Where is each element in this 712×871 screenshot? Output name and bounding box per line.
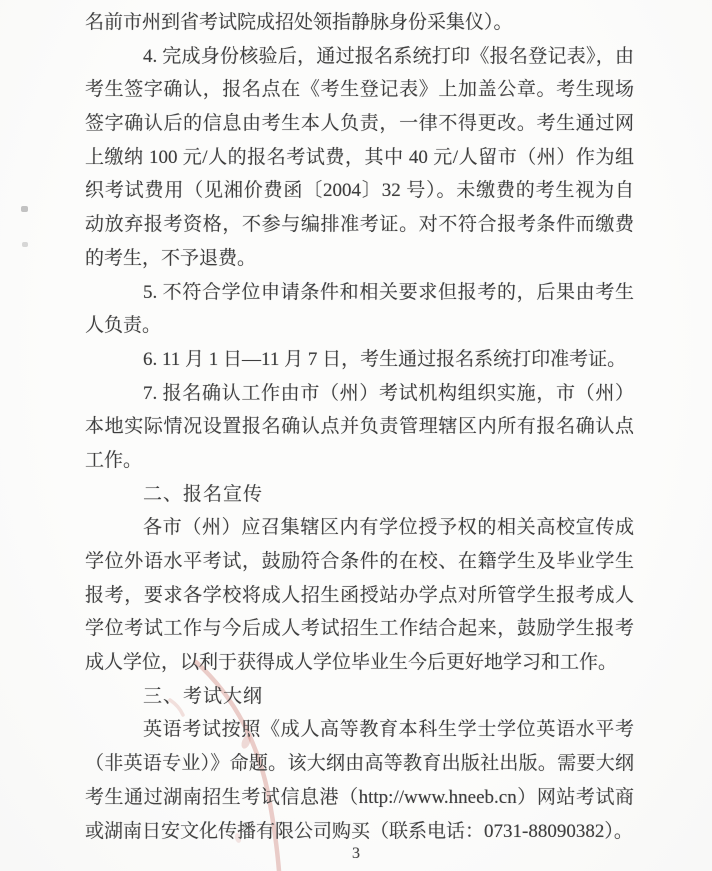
section-heading: 三、考试大纲 [85, 680, 634, 714]
document-text-block: 名前市州到省考试院成招处领指静脉身份采集仪）。4. 完成身份核验后，通过报名系统… [85, 6, 634, 848]
body-text-line: 考生签字确认，报名点在《考生登记表》上加盖公章。考生现场 [85, 73, 634, 107]
scan-smudge [21, 206, 28, 212]
body-text-line: 名前市州到省考试院成招处领指静脉身份采集仪）。 [85, 6, 634, 40]
body-text-line: 的考生，不予退费。 [85, 242, 634, 276]
body-text-line: 成人学位，以利于获得成人学位毕业生今后更好地学习和工作。 [85, 646, 634, 680]
body-text-line: 动放弃报考资格，不参与编排准考证。对不符合报考条件而缴费 [85, 208, 634, 242]
body-text-line: 各市（州）应召集辖区内有学位授予权的相关高校宣传成人 [85, 511, 634, 545]
body-text-line: 人负责。 [85, 309, 634, 343]
body-text-line: 报考，要求各学校将成人招生函授站办学点对所管学生报考成人 [85, 579, 634, 613]
scan-smudge [22, 242, 28, 247]
body-text-line: 工作。 [85, 444, 634, 478]
body-text-line: 学位考试工作与今后成人考试招生工作结合起来，鼓励学生报考 [85, 612, 634, 646]
body-text-line: 5. 不符合学位申请条件和相关要求但报考的，后果由考生本 [85, 276, 634, 310]
body-text-line: 4. 完成身份核验后，通过报名系统打印《报名登记表》，由 [85, 40, 634, 74]
section-heading: 二、报名宣传 [85, 478, 634, 512]
body-text-line: 签字确认后的信息由考生本人负责，一律不得更改。考生通过网 [85, 107, 634, 141]
body-text-line: 织考试费用（见湘价费函〔2004〕32 号）。未缴费的考生视为自 [85, 174, 634, 208]
body-text-line: 上缴纳 100 元/人的报名考试费，其中 40 元/人留市（州）作为组 [85, 141, 634, 175]
body-text-line: 考生通过湖南招生考试信息港（http://www.hneeb.cn）网站考试商城 [85, 781, 634, 815]
body-text-line: 本地实际情况设置报名确认点并负责管理辖区内所有报名确认点的 [85, 410, 634, 444]
body-text-line: 学位外语水平考试，鼓励符合条件的在校、在籍学生及毕业学生 [85, 545, 634, 579]
body-text-line: 7. 报名确认工作由市（州）考试机构组织实施，市（州）根据 [85, 377, 634, 411]
body-text-line: 英语考试按照《成人高等教育本科生学士学位英语水平考试大纲 [85, 713, 634, 747]
page-number: 3 [0, 845, 712, 863]
body-text-line: （非英语专业）》命题。该大纲由高等教育出版社出版。需要大纲的 [85, 747, 634, 781]
body-text-line: 6. 11 月 1 日—11 月 7 日，考生通过报名系统打印准考证。 [85, 343, 634, 377]
scanned-document-page: 名前市州到省考试院成招处领指静脉身份采集仪）。4. 完成身份核验后，通过报名系统… [0, 0, 712, 871]
body-text-line: 或湖南日安文化传播有限公司购买（联系电话：0731-88090382）。 [85, 815, 634, 849]
